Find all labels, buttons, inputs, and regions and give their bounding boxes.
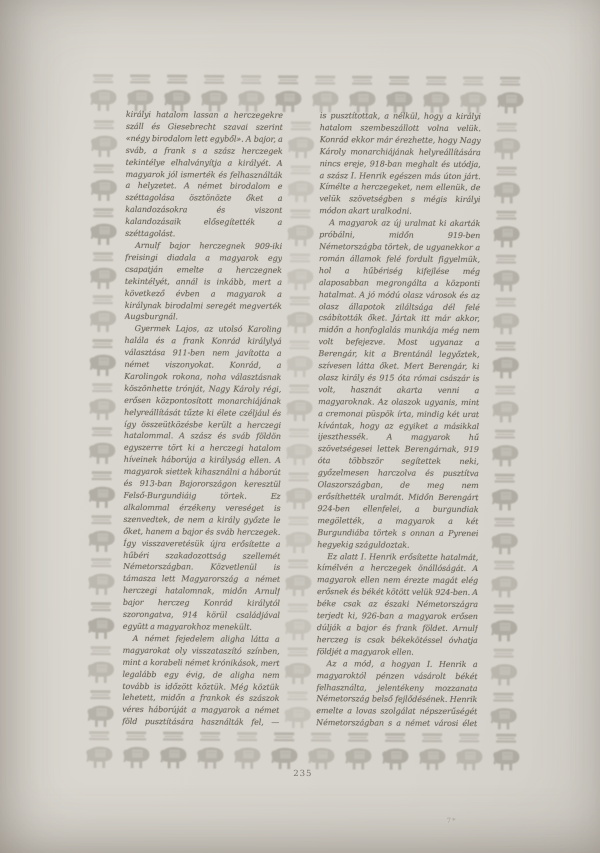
animal-stamp-ornament-icon	[280, 646, 315, 688]
animal-stamp-ornament-icon	[85, 382, 120, 424]
animal-stamp-ornament-icon	[304, 731, 339, 773]
animal-stamp-ornament-icon	[283, 295, 318, 337]
animal-stamp-ornament-icon	[489, 165, 524, 207]
animal-stamp-ornament-icon	[84, 513, 119, 555]
animal-stamp-ornament-icon	[82, 730, 117, 772]
animal-stamp-ornament-icon	[83, 645, 118, 687]
animal-stamp-ornament-icon	[487, 603, 522, 645]
animal-stamp-ornament-icon	[267, 731, 302, 773]
animal-stamp-ornament-icon	[488, 340, 523, 382]
animal-stamp-ornament-icon	[486, 691, 521, 733]
paragraph: is pusztítottak, a nélkül, hogy a király…	[319, 110, 481, 218]
animal-stamp-ornament-icon	[84, 557, 119, 599]
animal-stamp-ornament-icon	[84, 469, 119, 511]
paragraph: A magyarok az új uralmat ki akarták prób…	[317, 217, 480, 551]
text-column-left: királyi hatalom lassan a herczegekre szá…	[122, 109, 283, 728]
paragraph: Ez alatt I. Henrik erősítette hatalmát, …	[317, 551, 479, 659]
paragraph: A német fejedelem aligha látta a magyaro…	[122, 633, 280, 728]
animal-stamp-ornament-icon	[283, 164, 318, 206]
animal-stamp-ornament-icon	[489, 209, 524, 251]
animal-stamp-ornament-icon	[230, 731, 265, 773]
animal-stamp-ornament-icon	[415, 732, 450, 774]
animal-stamp-ornament-icon	[86, 250, 121, 292]
animal-stamp-ornament-icon	[156, 730, 191, 772]
animal-stamp-ornament-icon	[489, 732, 524, 774]
paragraph: Az a mód, a hogyan I. Henrik a magyarokt…	[316, 658, 477, 729]
page-number: 235	[82, 768, 524, 781]
animal-stamp-ornament-icon	[487, 560, 522, 602]
animal-stamp-ornament-icon	[452, 732, 487, 774]
animal-stamp-ornament-icon	[281, 471, 316, 513]
animal-stamp-ornament-icon	[378, 731, 413, 773]
animal-stamp-ornament-icon	[281, 558, 316, 600]
animal-stamp-ornament-icon	[86, 294, 121, 336]
animal-stamp-ornament-icon	[282, 339, 317, 381]
animal-stamp-ornament-icon	[86, 73, 121, 115]
paragraph: királyi hatalom lassan a herczegekre szá…	[125, 109, 283, 241]
corner-mark: 7*	[447, 817, 457, 825]
ornament-border-right	[486, 121, 527, 733]
paragraph: Gyermek Lajos, az utolsó Karoling halála…	[123, 323, 282, 634]
animal-stamp-ornament-icon	[119, 730, 154, 772]
animal-stamp-ornament-icon	[193, 730, 228, 772]
animal-stamp-ornament-icon	[488, 384, 523, 426]
text-column-right: is pusztítottak, a nélkül, hogy a király…	[316, 110, 481, 729]
animal-stamp-ornament-icon	[86, 206, 121, 248]
animal-stamp-ornament-icon	[282, 383, 317, 425]
animal-stamp-ornament-icon	[489, 253, 524, 295]
animal-stamp-ornament-icon	[284, 120, 319, 162]
animal-stamp-ornament-icon	[486, 647, 521, 689]
animal-stamp-ornament-icon	[341, 731, 376, 773]
animal-stamp-ornament-icon	[84, 601, 119, 643]
animal-stamp-ornament-icon	[85, 426, 120, 468]
paragraph: Arnulf bajor herczegnek 909-iki freising…	[125, 240, 283, 324]
animal-stamp-ornament-icon	[83, 689, 118, 731]
animal-stamp-ornament-icon	[487, 516, 522, 558]
printed-page: királyi hatalom lassan a herczegekre szá…	[0, 0, 600, 853]
animal-stamp-ornament-icon	[280, 690, 315, 732]
animal-stamp-ornament-icon	[283, 251, 318, 293]
book-page-photo: királyi hatalom lassan a herczegekre szá…	[0, 0, 600, 853]
animal-stamp-ornament-icon	[490, 121, 525, 163]
animal-stamp-ornament-icon	[85, 338, 120, 380]
ornament-border-left	[83, 119, 124, 731]
animal-stamp-ornament-icon	[283, 208, 318, 250]
animal-stamp-ornament-icon	[488, 428, 523, 470]
animal-stamp-ornament-icon	[493, 75, 528, 117]
animal-stamp-ornament-icon	[86, 163, 121, 205]
animal-stamp-ornament-icon	[489, 297, 524, 339]
animal-stamp-ornament-icon	[281, 602, 316, 644]
animal-stamp-ornament-icon	[282, 427, 317, 469]
ornament-border-center	[280, 120, 321, 732]
animal-stamp-ornament-icon	[281, 514, 316, 556]
animal-stamp-ornament-icon	[87, 119, 122, 161]
animal-stamp-ornament-icon	[487, 472, 522, 514]
